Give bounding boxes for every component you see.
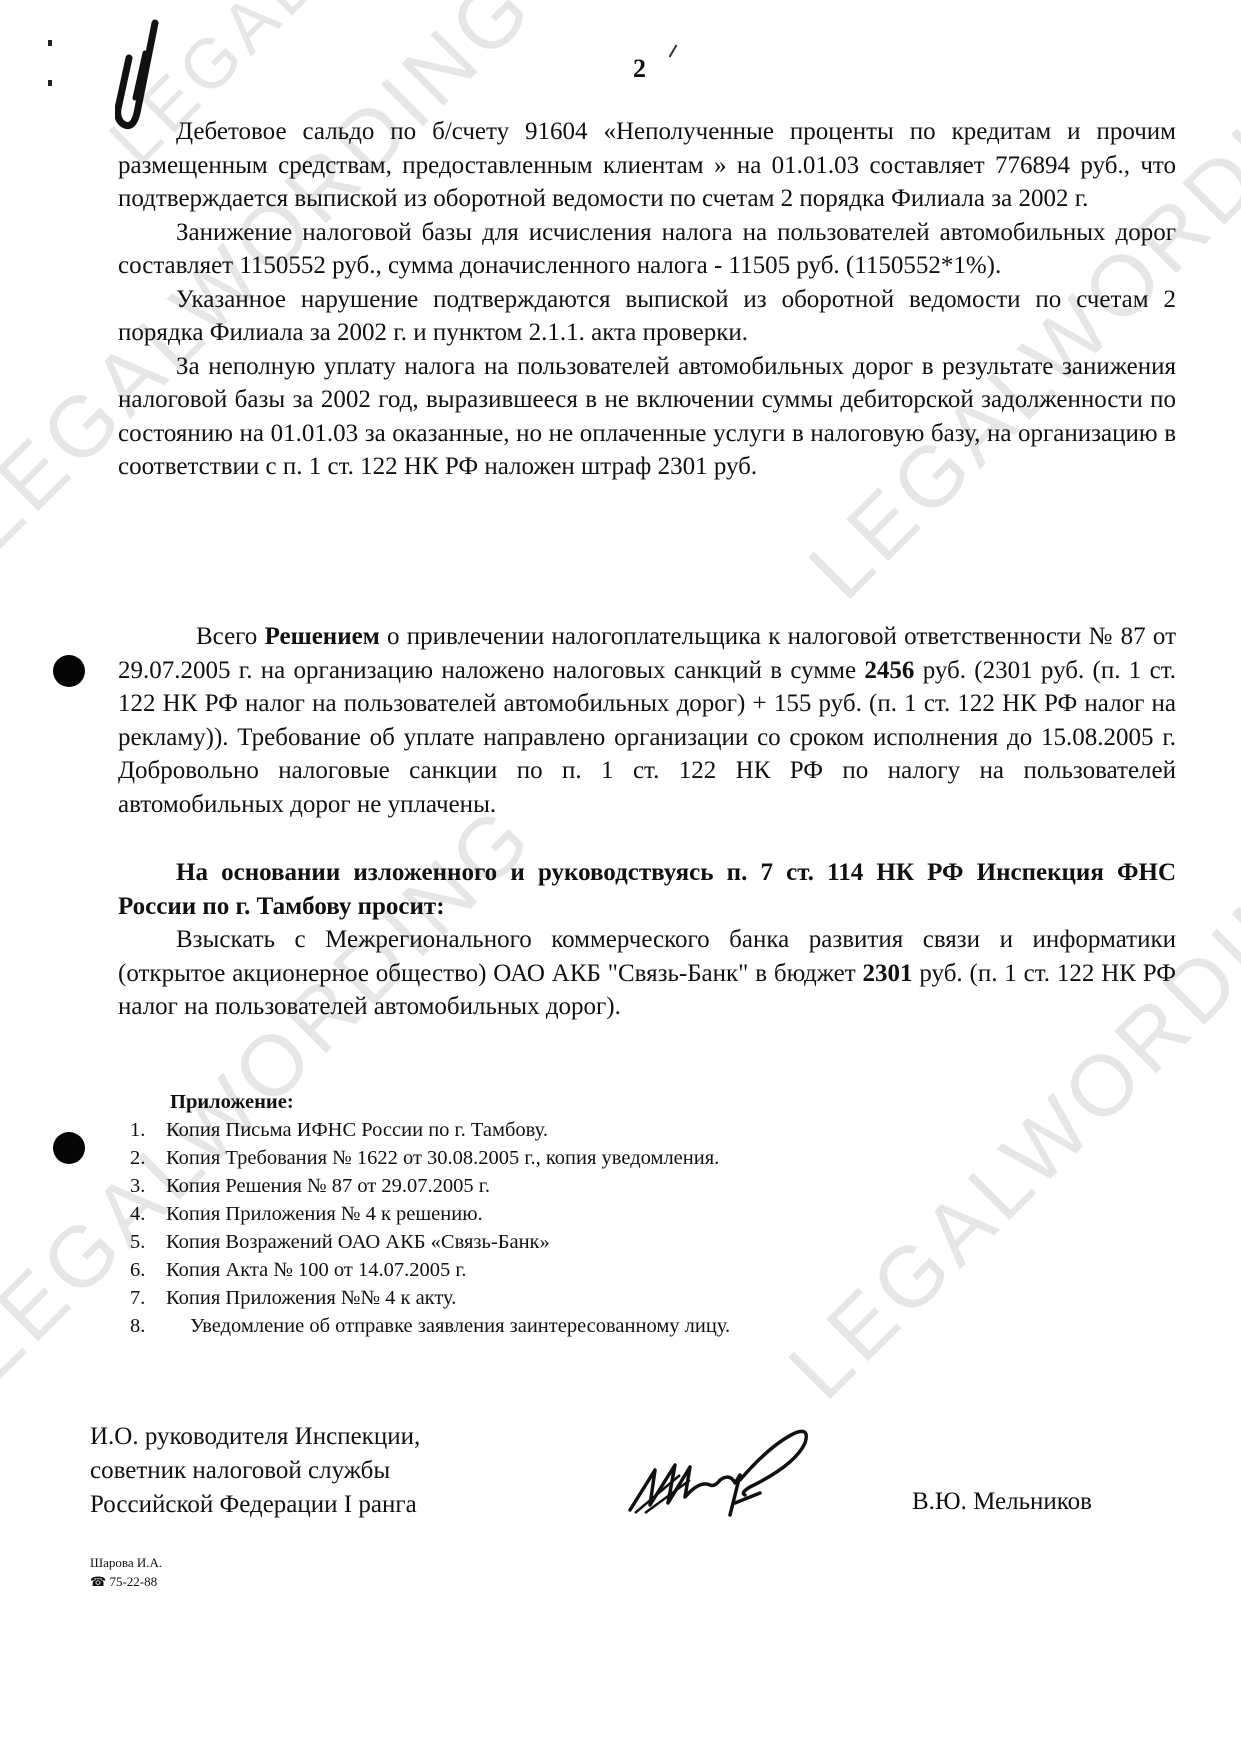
decision-term: Решением (265, 623, 380, 650)
scan-speck (48, 80, 52, 86)
paragraph: За неполную уплату налога на пользовател… (118, 350, 1176, 484)
request-heading: На основании изложенного и руководствуяс… (118, 856, 1176, 923)
list-item: 4.Копия Приложения № 4 к решению. (130, 1200, 730, 1228)
item-text: Копия Требования № 1622 от 30.08.2005 г.… (166, 1144, 719, 1172)
item-text: Копия Решения № 87 от 29.07.2005 г. (166, 1172, 490, 1200)
sanction-amount: 2456 (864, 657, 914, 684)
sanctions-section: Всего Решением о привлечении налогоплате… (118, 620, 1176, 821)
paragraph: Всего Решением о привлечении налогоплате… (118, 620, 1176, 821)
position-line: Российской Федерации I ранга (90, 1488, 420, 1522)
appendix-list: 1.Копия Письма ИФНС России по г. Тамбову… (130, 1116, 730, 1340)
appendix: Приложение: 1.Копия Письма ИФНС России п… (130, 1088, 730, 1340)
item-number: 8. (130, 1312, 190, 1340)
punch-hole (53, 655, 85, 687)
appendix-title: Приложение: (170, 1088, 730, 1116)
executor-phone-line: ☎ 75-22-88 (90, 1572, 162, 1591)
item-text: Копия Приложения №№ 4 к акту. (166, 1284, 456, 1312)
position-line: советник налоговой службы (90, 1454, 420, 1488)
punch-hole (53, 1132, 85, 1164)
item-text: Копия Акта № 100 от 14.07.2005 г. (166, 1256, 467, 1284)
list-item: 8.Уведомление об отправке заявления заин… (130, 1312, 730, 1340)
scan-speck (48, 40, 52, 46)
paragraph: Указанное нарушение подтверждаются выпис… (118, 283, 1176, 350)
list-item: 2.Копия Требования № 1622 от 30.08.2005 … (130, 1144, 730, 1172)
signer-name: В.Ю. Мельников (912, 1488, 1092, 1516)
position-line: И.О. руководителя Инспекции, (90, 1420, 420, 1454)
paragraph: Взыскать с Межрегионального коммерческог… (118, 923, 1176, 1024)
executor-name: Шарова И.А. (90, 1553, 162, 1572)
item-number: 5. (130, 1228, 166, 1256)
claim-amount: 2301 (863, 960, 913, 987)
findings-section: Дебетовое сальдо по б/счету 91604 «Непол… (118, 115, 1176, 484)
list-item: 6.Копия Акта № 100 от 14.07.2005 г. (130, 1256, 730, 1284)
list-item: 3.Копия Решения № 87 от 29.07.2005 г. (130, 1172, 730, 1200)
text-run: Всего (196, 623, 265, 650)
page-number: 2 (633, 54, 646, 84)
paperclip-icon (115, 18, 170, 133)
handwritten-signature-icon (620, 1425, 870, 1525)
executor-info: Шарова И.А. ☎ 75-22-88 (90, 1553, 162, 1591)
signatory-position: И.О. руководителя Инспекции, советник на… (90, 1420, 420, 1522)
item-number: 3. (130, 1172, 166, 1200)
item-text: Уведомление об отправке заявления заинте… (190, 1312, 730, 1340)
item-number: 7. (130, 1284, 166, 1312)
request-section: На основании изложенного и руководствуяс… (118, 856, 1176, 1024)
item-text: Копия Письма ИФНС России по г. Тамбову. (166, 1116, 548, 1144)
pen-mark (669, 44, 678, 57)
list-item: 1.Копия Письма ИФНС России по г. Тамбову… (130, 1116, 730, 1144)
paragraph: Занижение налоговой базы для исчисления … (118, 216, 1176, 283)
item-number: 4. (130, 1200, 166, 1228)
item-number: 1. (130, 1116, 166, 1144)
item-number: 6. (130, 1256, 166, 1284)
list-item: 5.Копия Возражений ОАО АКБ «Связь-Банк» (130, 1228, 730, 1256)
item-number: 2. (130, 1144, 166, 1172)
item-text: Копия Возражений ОАО АКБ «Связь-Банк» (166, 1228, 550, 1256)
executor-phone: 75-22-88 (109, 1574, 157, 1589)
list-item: 7.Копия Приложения №№ 4 к акту. (130, 1284, 730, 1312)
item-text: Копия Приложения № 4 к решению. (166, 1200, 483, 1228)
paragraph: Дебетовое сальдо по б/счету 91604 «Непол… (118, 115, 1176, 216)
phone-icon: ☎ (90, 1574, 106, 1589)
